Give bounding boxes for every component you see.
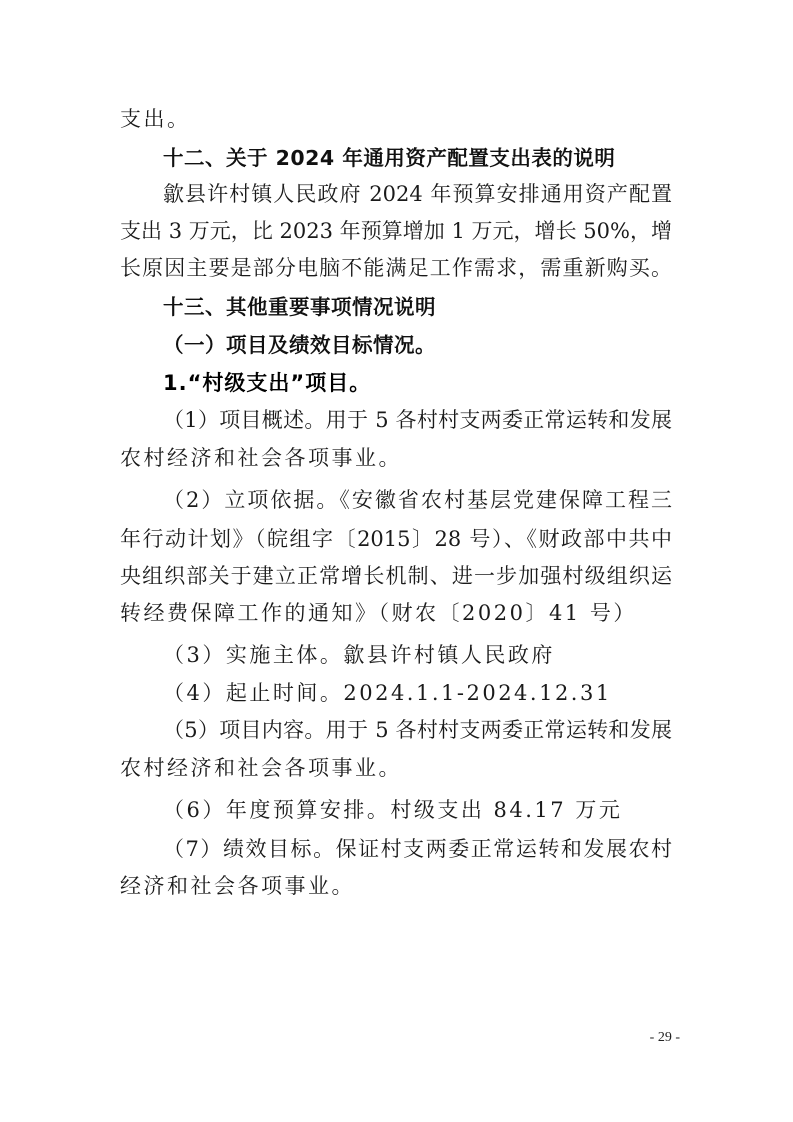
paragraph-line: 农村经济和社会各项事业。	[120, 443, 672, 473]
paragraph-line: 支出。	[120, 104, 672, 134]
paragraph-line: 支出 3 万元，比 2023 年预算增加 1 万元，增长 50%，增	[120, 216, 672, 246]
paragraph-line: 长原因主要是部分电脑不能满足工作需求，需重新购买。	[120, 253, 672, 283]
paragraph-line: 农村经济和社会各项事业。	[120, 753, 672, 783]
document-page: 支出。十二、关于 2024 年通用资产配置支出表的说明歙县许村镇人民政府 202…	[0, 0, 793, 1122]
paragraph-line: （4）起止时间。2024.1.1-2024.12.31	[163, 678, 672, 708]
paragraph-line: （5）项目内容。用于 5 各村村支两委正常运转和发展	[163, 715, 672, 745]
section-heading: （一）项目及绩效目标情况。	[163, 330, 672, 360]
paragraph-line: 年行动计划》（皖组字〔2015〕28 号）、《财政部中共中	[120, 524, 672, 554]
section-heading: 十二、关于 2024 年通用资产配置支出表的说明	[163, 143, 672, 173]
paragraph-line: 央组织部关于建立正常增长机制、进一步加强村级组织运	[120, 561, 672, 591]
paragraph-line: 歙县许村镇人民政府 2024 年预算安排通用资产配置	[163, 179, 672, 209]
paragraph-line: （1）项目概述。用于 5 各村村支两委正常运转和发展	[163, 405, 672, 435]
paragraph-line: （2）立项依据。《安徽省农村基层党建保障工程三	[163, 485, 672, 515]
paragraph-line: （3）实施主体。歙县许村镇人民政府	[163, 640, 672, 670]
page-number: - 29 -	[640, 1030, 680, 1050]
paragraph-line: 转经费保障工作的通知》（财农〔2020〕41 号）	[120, 598, 672, 628]
paragraph-line: 经济和社会各项事业。	[120, 871, 672, 901]
section-heading: 十三、其他重要事项情况说明	[163, 292, 672, 322]
section-heading: 1.“村级支出”项目。	[163, 368, 672, 398]
paragraph-line: （6）年度预算安排。村级支出 84.17 万元	[163, 795, 672, 825]
paragraph-line: （7）绩效目标。保证村支两委正常运转和发展农村	[163, 834, 672, 864]
